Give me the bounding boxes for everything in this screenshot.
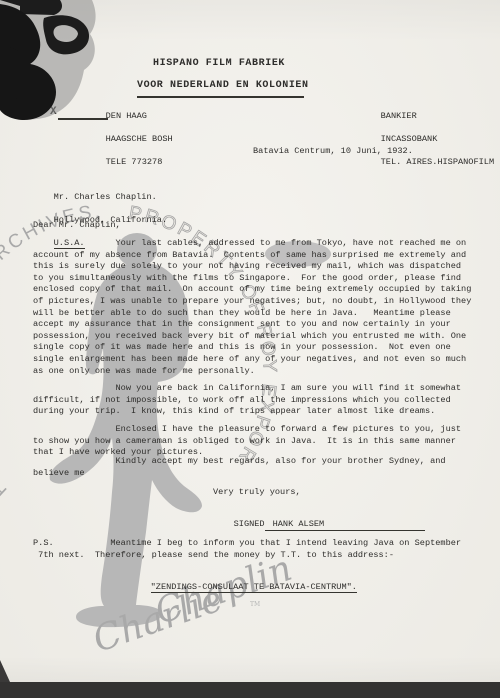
letterhead-street: HAAGSCHE BOSH	[106, 134, 173, 144]
letterhead-right-block: BANKIER INCASSOBANK TEL. AIRES.HISPANOFI…	[360, 99, 494, 180]
letterhead-divider	[137, 96, 304, 98]
postscript: P.S. Meantime I beg to inform you that I…	[33, 538, 461, 561]
remittance-address: "ZENDINGS-CONSULAAT TE BATAVIA-CENTRUM".	[151, 582, 357, 593]
ink-blob-artifact	[0, 0, 120, 135]
body-paragraph-2: Now you are back in California, I am sur…	[33, 383, 461, 418]
scan-edge-wedge	[0, 660, 10, 682]
body-paragraph-1: Your last cables, addressed to me from T…	[33, 238, 471, 377]
letterhead-banker-label: BANKIER	[381, 111, 417, 121]
company-subtitle: VOOR NEDERLAND EN KOLONIEN	[137, 80, 309, 92]
letterhead-phone: TELE 773278	[106, 157, 163, 167]
letterhead-telegraph-address: TEL. AIRES.HISPANOFILM	[381, 157, 494, 167]
signed-label: SIGNED	[234, 519, 265, 529]
scan-edge-bar	[0, 682, 500, 698]
signed-name: HANK ALSEM	[265, 519, 425, 532]
body-paragraph-4: Kindly accept my best regards, also for …	[33, 456, 446, 479]
salutation: Dear Mr. Chaplin,	[33, 220, 121, 232]
company-name: HISPANO FILM FABRIEK	[153, 58, 285, 70]
body-paragraph-3: Enclosed I have the pleasure to forward …	[33, 424, 461, 459]
postscript-address: "ZENDINGS-CONSULAAT TE BATAVIA-CENTRUM".	[130, 570, 357, 605]
letter-page: FROM THE CHAPLIN ARCHIVES, PROPERTY OF R…	[0, 0, 500, 698]
recipient-name: Mr. Charles Chaplin.	[54, 192, 157, 202]
valediction: Very truly yours,	[213, 487, 301, 499]
letterhead-bank-name: INCASSOBANK	[381, 134, 438, 144]
date-line: Batavia Centrum, 10 Juni, 1932.	[253, 146, 413, 158]
